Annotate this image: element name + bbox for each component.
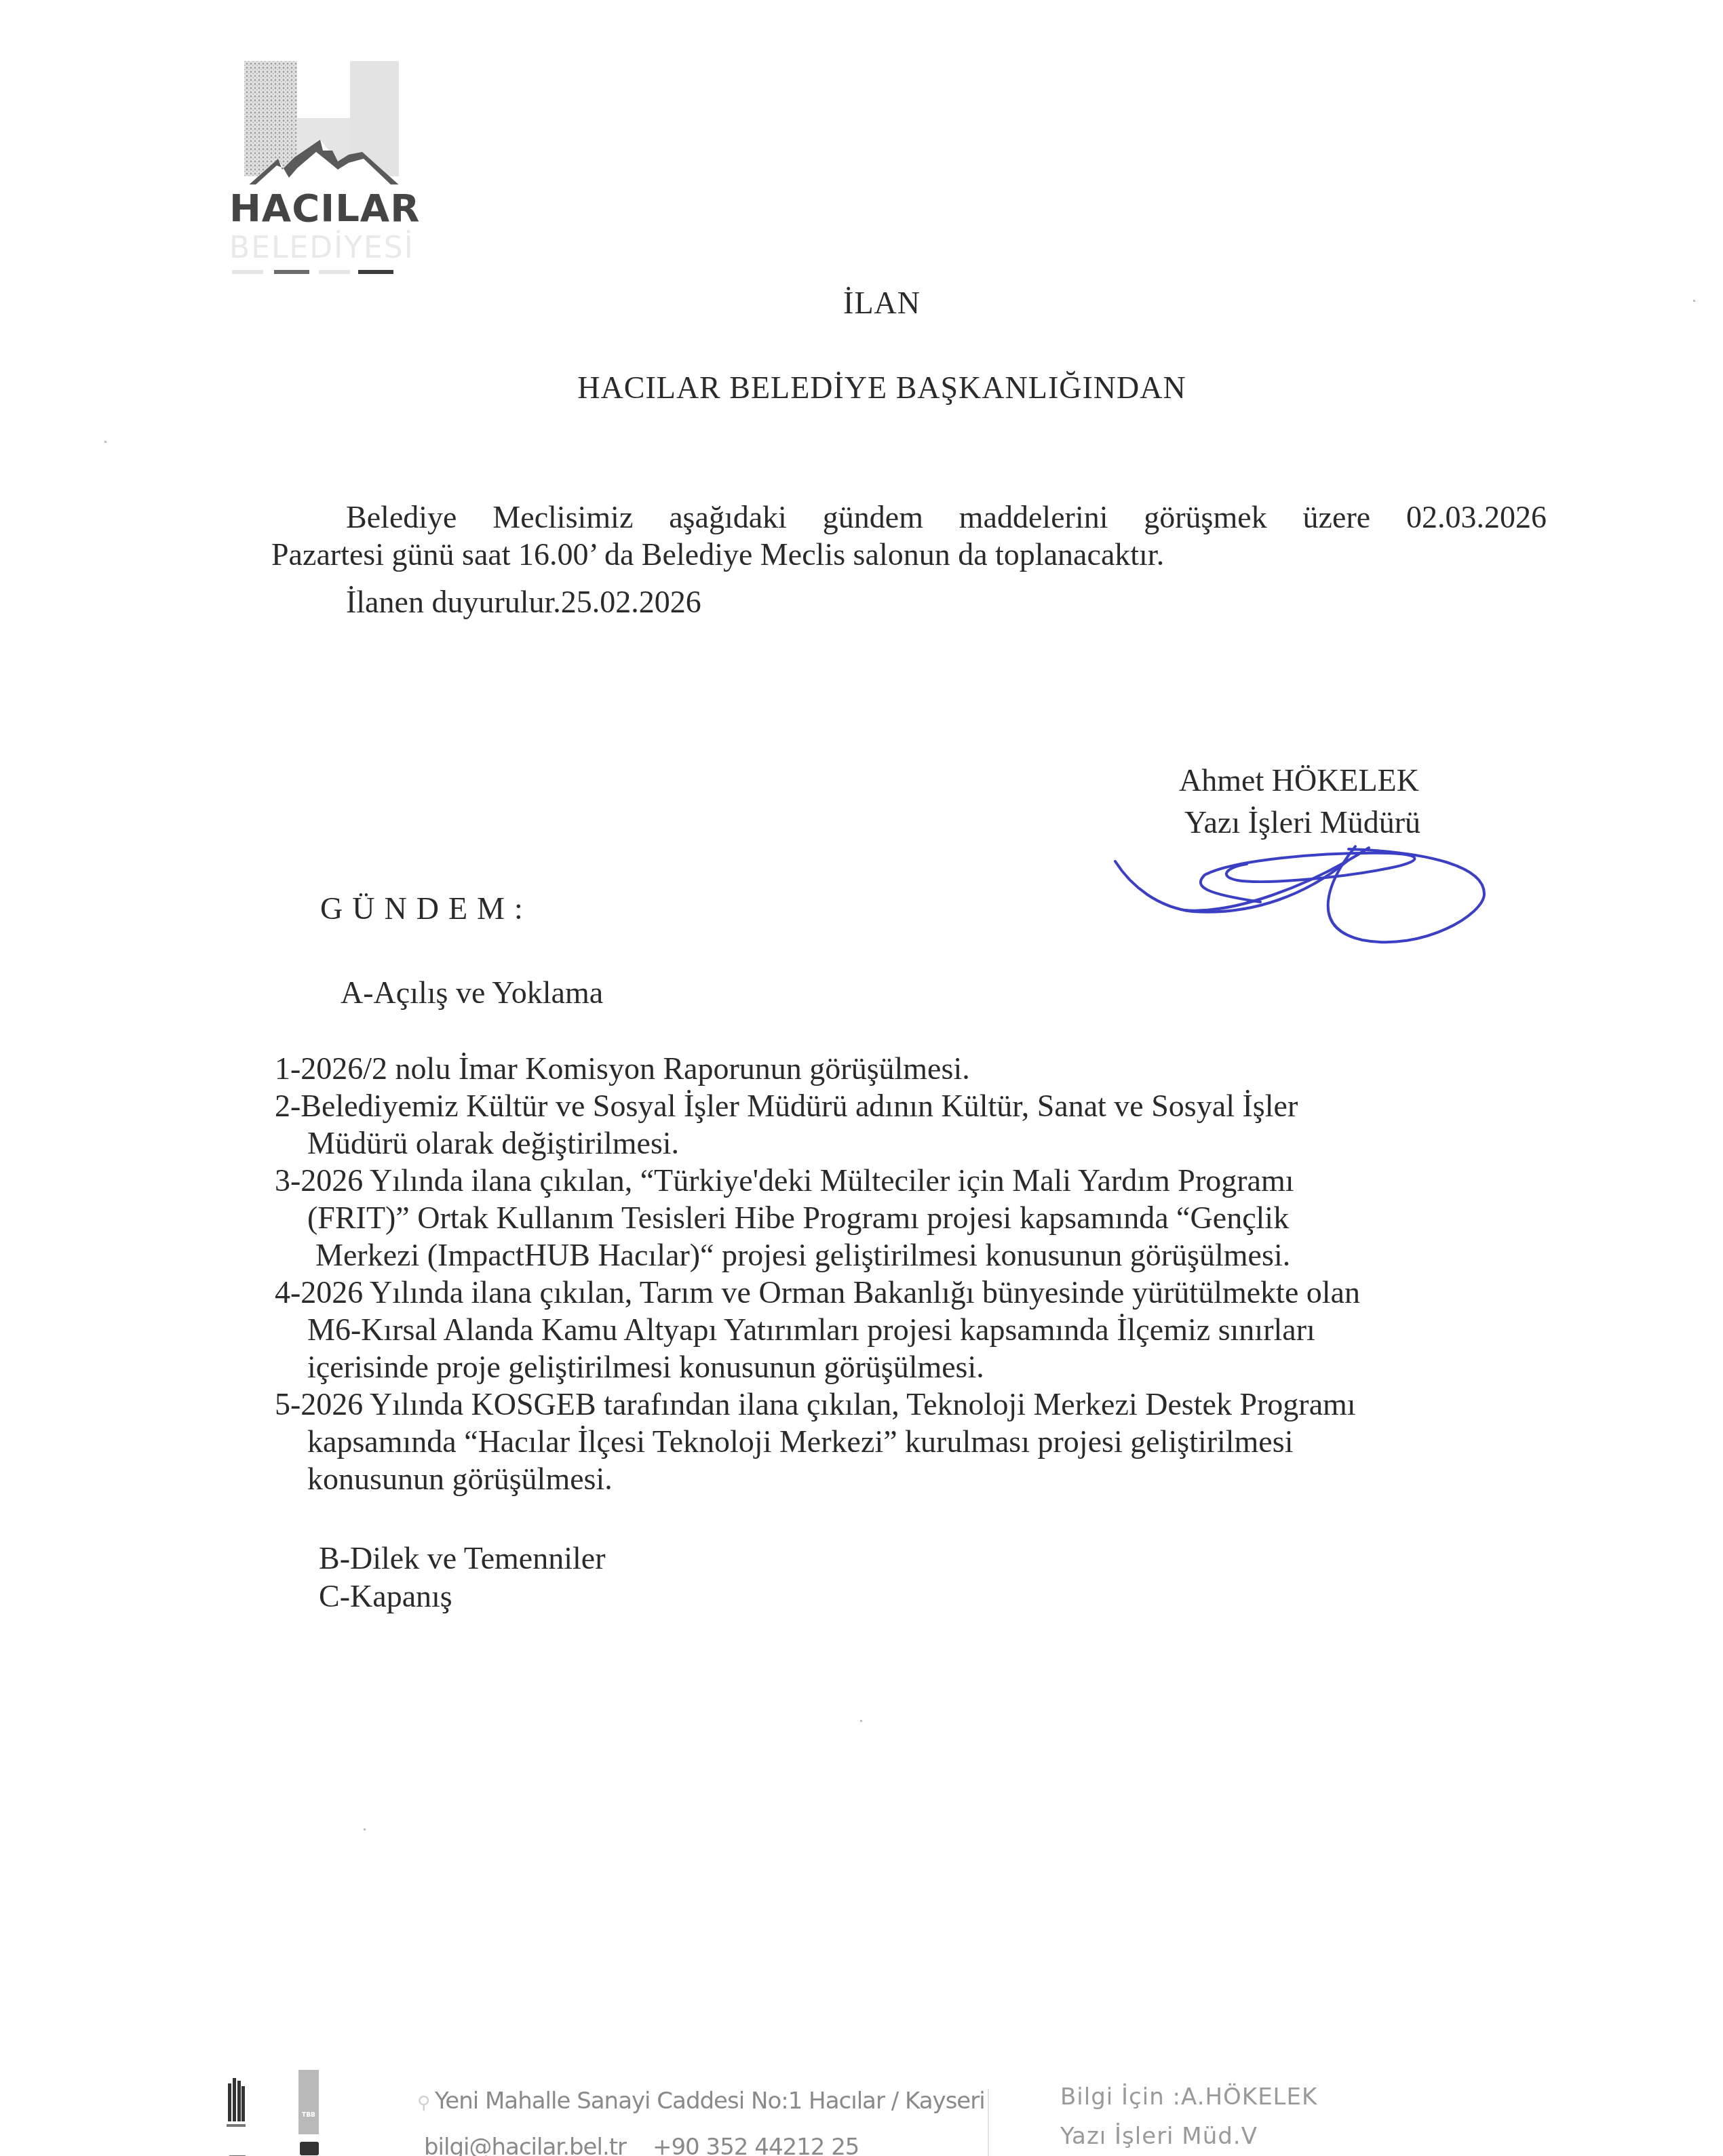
agenda-item-list: 1-2026/2 nolu İmar Komisyon Raporunun gö… [275,1050,1496,1497]
footer-info-contact: Bilgi İçin :A.HÖKELEK [1060,2083,1317,2111]
footer: TBB ⚲Yeni Mahalle Sanayi Caddesi No:1 Ha… [224,2069,1377,2156]
agenda-item-2: 2-Belediyemiz Kültür ve Sosyal İşler Müd… [275,1087,1496,1162]
footer-address: ⚲Yeni Mahalle Sanayi Caddesi No:1 Hacıla… [417,2088,985,2115]
agenda-item-line: kapsamında “Hacılar İlçesi Teknoloji Mer… [275,1423,1496,1460]
signature-icon [1104,840,1525,955]
footer-small-logo-icon [229,2142,246,2156]
agenda-item-line: Merkezi (ImpactHUB Hacılar)“ projesi gel… [275,1236,1496,1274]
footer-phone: +90 352 44212 25 [653,2134,859,2156]
agenda-item-line: konusunun görüşülmesi. [275,1460,1496,1497]
agenda-item-1: 1-2026/2 nolu İmar Komisyon Raporunun gö… [275,1050,1496,1087]
scan-speck [364,1828,366,1830]
scan-speck [1693,300,1695,302]
agenda-item-4: 4-2026 Yılında ilana çıkılan, Tarım ve O… [275,1274,1496,1386]
agenda-closing: C-Kapanış [319,1577,452,1615]
logo-wordmark: HACILAR [229,190,399,228]
mountain-h-icon [229,42,399,184]
agenda-item-5: 5-2026 Yılında KOSGEB tarafından ilana ç… [275,1386,1496,1497]
agenda-item-line: M6-Kırsal Alanda Kamu Altyapı Yatırımlar… [275,1311,1496,1348]
footer-email[interactable]: bilgi@hacilar.bel.tr [424,2134,626,2156]
agenda-item-line: 5-2026 Yılında KOSGEB tarafından ilana ç… [275,1386,1496,1423]
agenda-item-3: 3-2026 Yılında ilana çıkılan, “Türkiye'd… [275,1162,1496,1274]
tbb-label: TBB [298,2112,319,2119]
agenda-item-line: 3-2026 Yılında ilana çıkılan, “Türkiye'd… [275,1162,1496,1199]
footer-address-text: Yeni Mahalle Sanayi Caddesi No:1 Hacılar… [435,2088,985,2115]
agenda-item-line: 1-2026/2 nolu İmar Komisyon Raporunun gö… [275,1050,1496,1087]
body-paragraph-line-1: Belediye Meclisimiz aşağıdaki gündem mad… [346,498,1547,536]
signer-title: Yazı İşleri Müdürü [1184,804,1420,840]
footer-badge-dark [300,2142,319,2155]
location-pin-icon: ⚲ [417,2093,429,2113]
agenda-opening: A-Açılış ve Yoklama [341,975,603,1011]
footer-tbb-badge: TBB [298,2070,319,2134]
agenda-item-line: Müdürü olarak değiştirilmesi. [275,1124,1496,1162]
scan-speck [860,1720,862,1722]
agenda-item-line: 4-2026 Yılında ilana çıkılan, Tarım ve O… [275,1274,1496,1311]
body-paragraph-line-2: Pazartesi günü saat 16.00’ da Belediye M… [271,536,1164,574]
logo-bars [232,270,395,274]
scan-speck [104,441,107,443]
footer-hacilar-logo-icon [227,2075,246,2130]
agenda-heading: GÜNDEM: [320,890,533,926]
document-subtitle: HACILAR BELEDİYE BAŞKANLIĞINDAN [0,370,1723,406]
municipality-logo: HACILAR BELEDİYESİ [229,42,399,273]
footer-divider [988,2089,989,2156]
footer-info-dept: Yazı İşleri Müd.V [1060,2123,1258,2150]
agenda-item-line: içerisinde proje geliştirilmesi konusunu… [275,1348,1496,1386]
signer-name: Ahmet HÖKELEK [1179,762,1419,798]
agenda-item-line: 2-Belediyemiz Kültür ve Sosyal İşler Müd… [275,1087,1496,1124]
logo-subtitle: BELEDİYESİ [229,233,399,263]
agenda-item-line: (FRIT)” Ortak Kullanım Tesisleri Hibe Pr… [275,1199,1496,1236]
announcement-date: İlanen duyurulur.25.02.2026 [346,583,701,621]
agenda-wishes: B-Dilek ve Temenniler [319,1540,606,1577]
document-title: İLAN [0,285,1723,321]
